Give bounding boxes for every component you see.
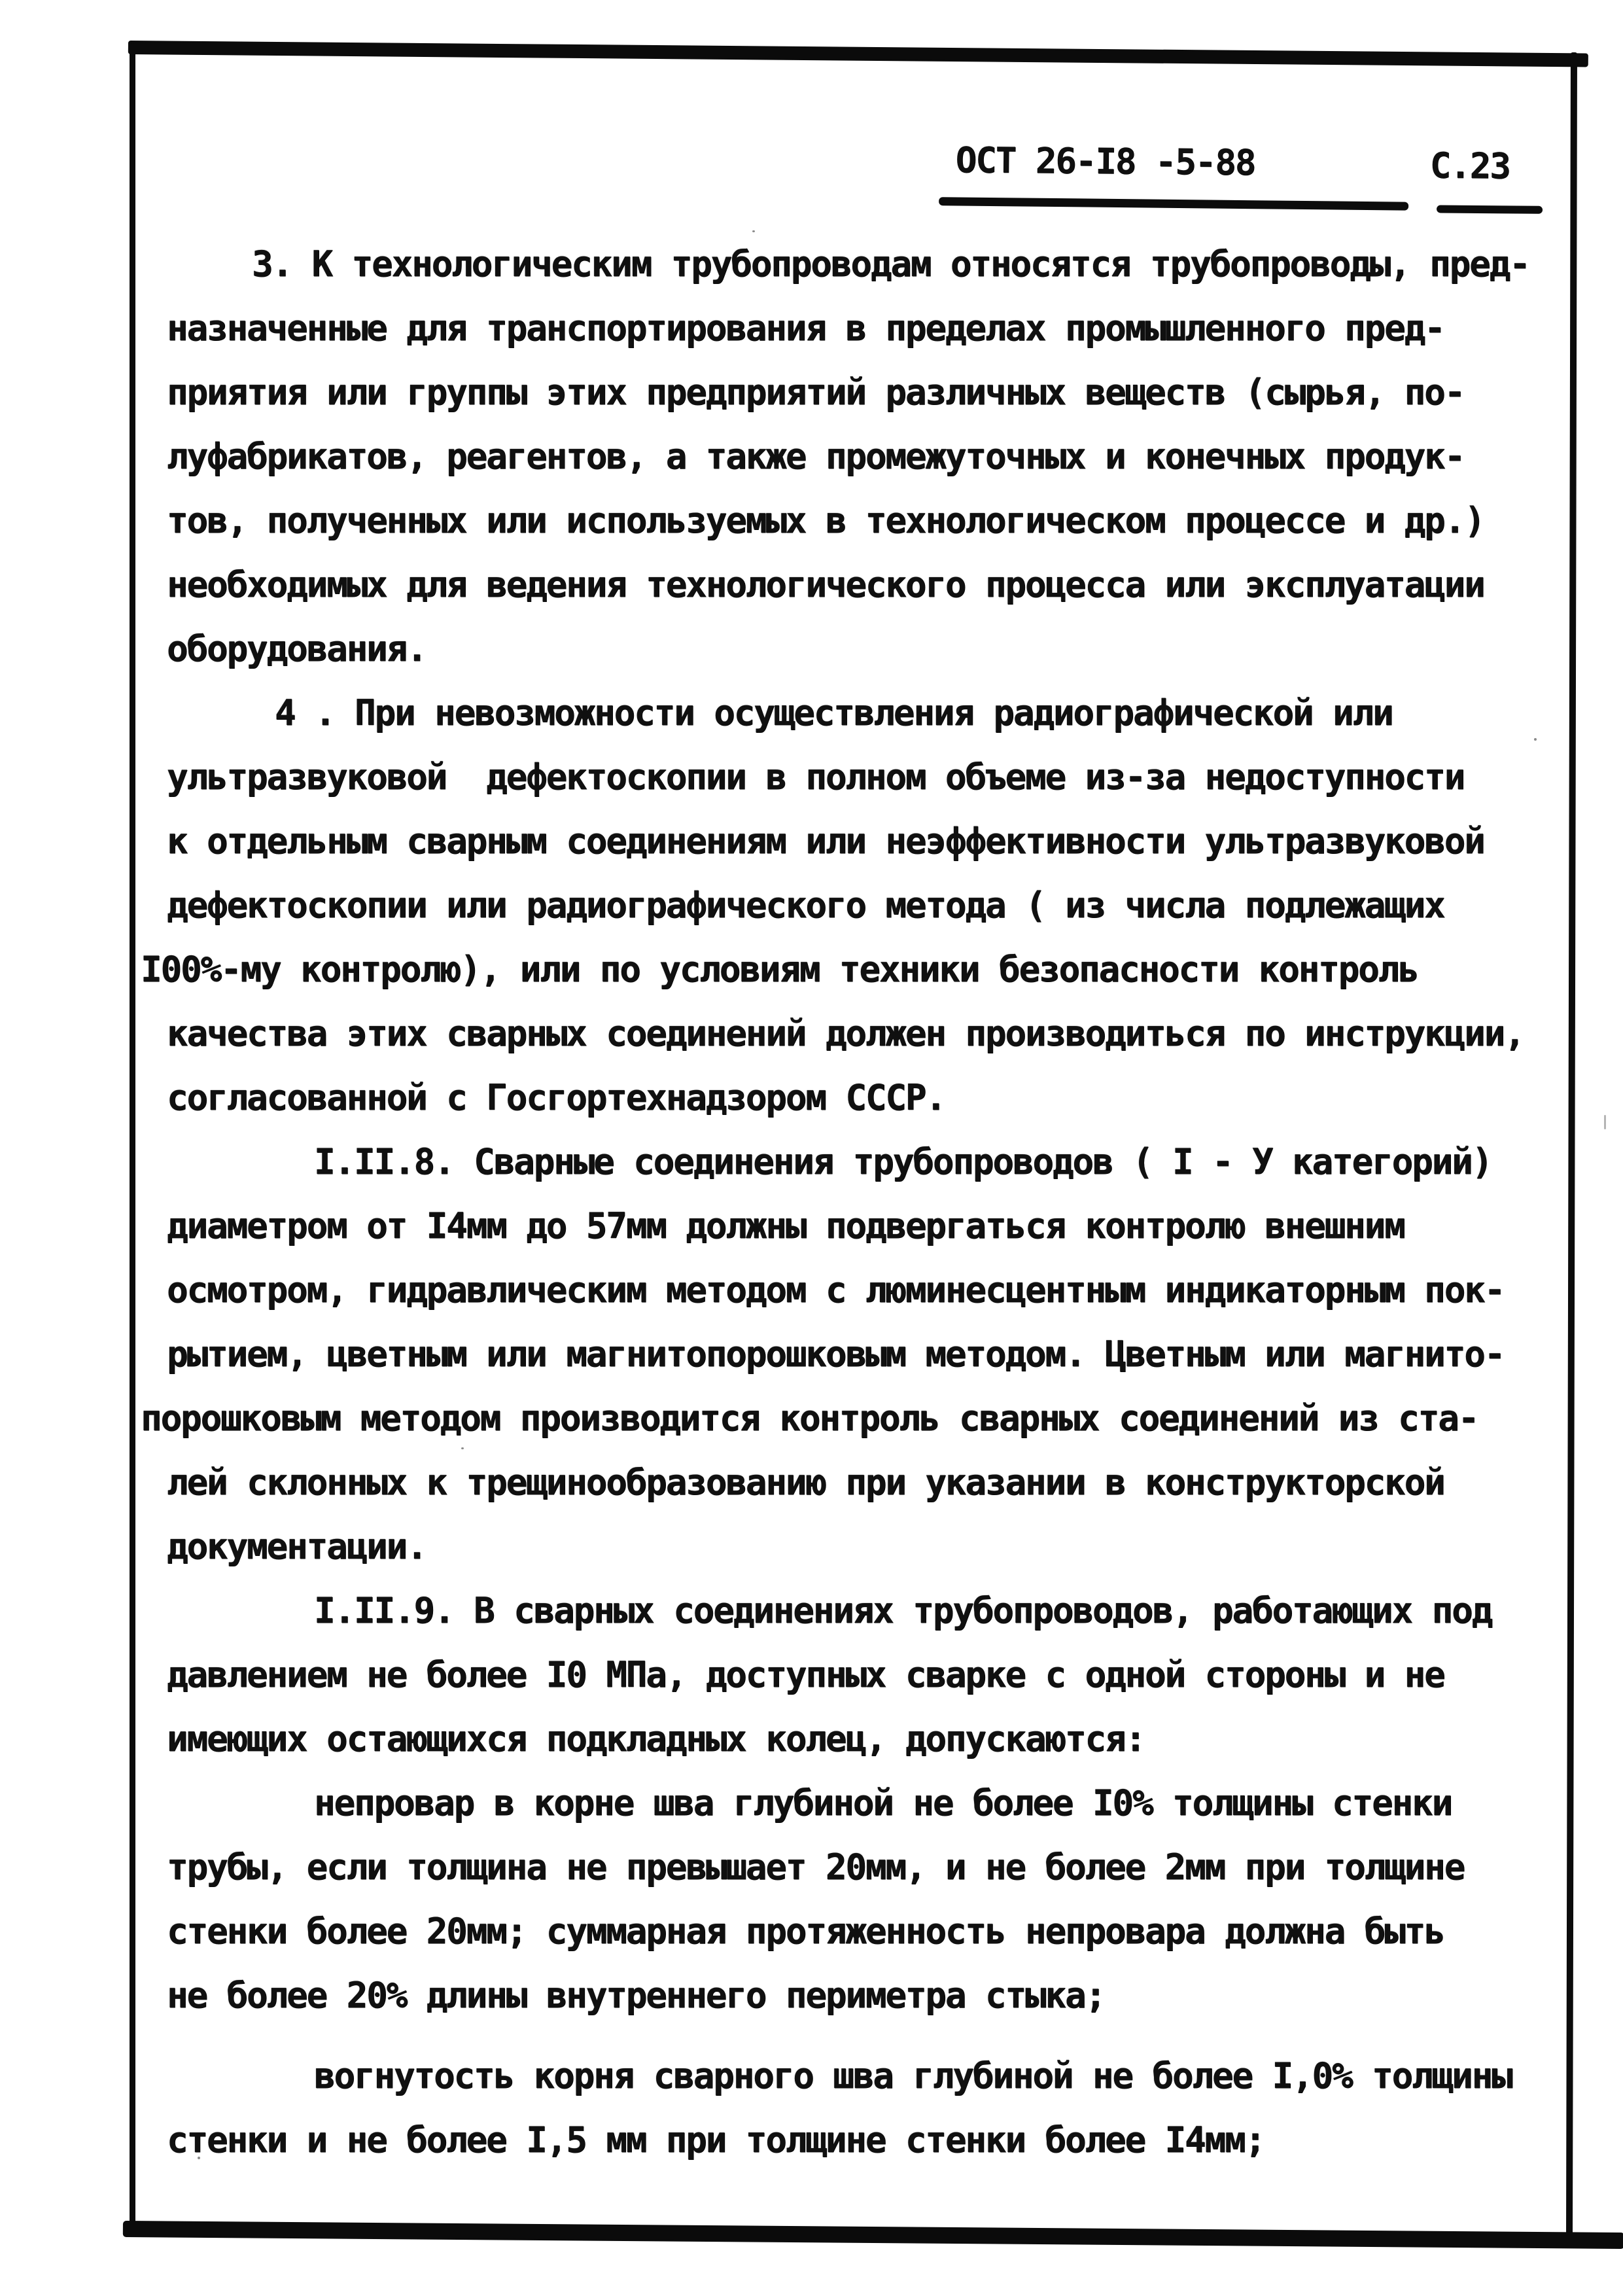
text-line: непровар в корне шва глубиной не более I… xyxy=(167,1771,1560,1835)
text-line: имеющих остающихся подкладных колец, доп… xyxy=(167,1707,1560,1771)
text-line: к отдельным сварным соединениям или неэф… xyxy=(167,809,1560,874)
text-line: диаметром от I4мм до 57мм должны подверг… xyxy=(167,1194,1560,1258)
text-line: порошковым методом производится контроль… xyxy=(141,1386,1560,1451)
text-line: приятия или группы этих предприятий разл… xyxy=(167,361,1560,425)
text-line: 4 . При невозможности осуществления ради… xyxy=(167,681,1560,745)
scan-speckle xyxy=(198,2157,200,2159)
text-line: не более 20% длины внутреннего периметра… xyxy=(167,1964,1560,2028)
page-header: ОСТ 26-I8 -5-88 С.23 xyxy=(955,137,1571,228)
text-line: I.II.8. Сварные соединения трубопроводов… xyxy=(167,1130,1560,1194)
scan-speckle xyxy=(343,976,345,979)
text-line: рытием, цветным или магнитопорошковым ме… xyxy=(167,1322,1560,1386)
text-line: ультразвуковой дефектоскопии в полном об… xyxy=(167,745,1560,809)
standard-number: ОСТ 26-I8 -5-88 xyxy=(955,137,1255,186)
scan-speckle xyxy=(752,230,755,232)
scan-speckle xyxy=(1604,1115,1606,1129)
text-line: стенки и не более I,5 мм при толщине сте… xyxy=(167,2108,1560,2172)
text-line: вогнутость корня сварного шва глубиной н… xyxy=(167,2044,1560,2108)
text-line: I.II.9. В сварных соединениях трубопрово… xyxy=(167,1579,1560,1643)
page-number-underline xyxy=(1437,205,1543,213)
page-border-left xyxy=(130,43,135,2234)
text-line: назначенные для транспортирования в пред… xyxy=(167,296,1560,361)
page-number: С.23 xyxy=(1429,143,1510,189)
document-body: 3. К технологическим трубопроводам относ… xyxy=(167,232,1560,2172)
text-line: луфабрикатов, реагентов, а также промежу… xyxy=(167,425,1560,489)
scan-speckle xyxy=(1246,1615,1248,1617)
scan-speckle xyxy=(1534,738,1537,741)
text-line: качества этих сварных соединений должен … xyxy=(167,1002,1560,1066)
text-line: документации. xyxy=(167,1515,1560,1579)
text-line: давлением не более I0 МПа, доступных сва… xyxy=(167,1643,1560,1707)
text-line: I00%-му контролю), или по условиям техни… xyxy=(141,938,1560,1002)
page-border-right xyxy=(1566,52,1577,2236)
text-line: осмотром, гидравлическим методом с люмин… xyxy=(167,1258,1560,1322)
page-border-bottom xyxy=(123,2221,1623,2249)
text-line: тов, полученных или используемых в техно… xyxy=(167,489,1560,553)
text-line: необходимых для ведения технологического… xyxy=(167,553,1560,617)
text-line: лей склонных к трещинообразованию при ук… xyxy=(167,1451,1560,1515)
text-line: дефектоскопии или радиографического мето… xyxy=(167,874,1560,938)
standard-number-underline xyxy=(939,197,1408,211)
text-line: согласованной с Госгортехнадзором СССР. xyxy=(167,1066,1560,1130)
text-line: трубы, если толщина не превышает 20мм, и… xyxy=(167,1835,1560,1899)
text-line: оборудования. xyxy=(167,617,1560,681)
scan-speckle xyxy=(461,1447,464,1449)
text-line: стенки более 20мм; суммарная протяженнос… xyxy=(167,1899,1560,1964)
page-border-top xyxy=(128,41,1588,67)
scanned-document-page: ОСТ 26-I8 -5-88 С.23 3. К технологически… xyxy=(0,0,1623,2296)
text-line: 3. К технологическим трубопроводам относ… xyxy=(167,232,1560,296)
